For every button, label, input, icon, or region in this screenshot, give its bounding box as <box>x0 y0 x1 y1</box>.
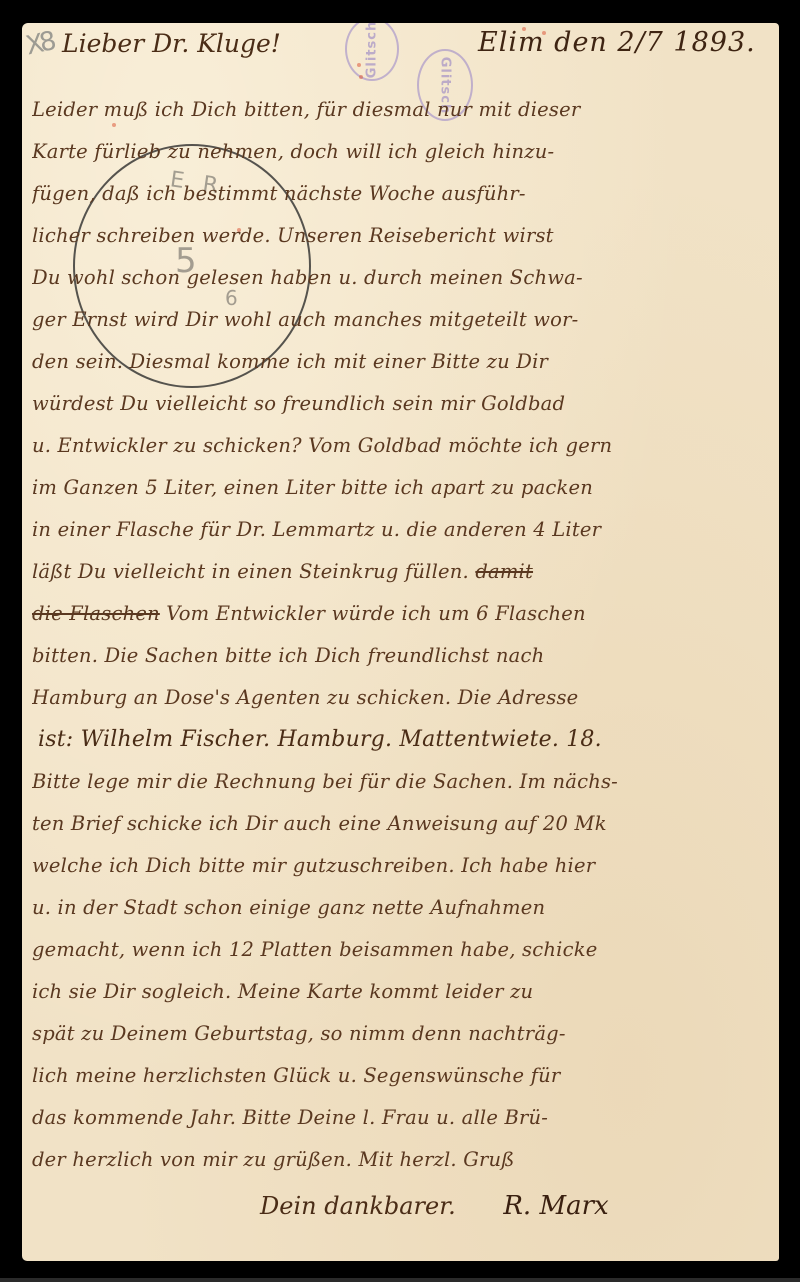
letter-line: Bitte lege mir die Rechnung bei für die … <box>32 761 772 803</box>
postcard: X8 Glitsch Glitsch E R 5 6 Lieber Dr. Kl… <box>22 23 779 1261</box>
signature-name: R. Marx <box>503 1191 608 1221</box>
letter-line: der herzlich von mir zu grüßen. Mit herz… <box>32 1139 772 1181</box>
letter-line: den sein. Diesmal komme ich mit einer Bi… <box>32 341 772 383</box>
letter-line: ger Ernst wird Dir wohl auch manches mit… <box>32 299 772 341</box>
letter-line: Du wohl schon gelesen haben u. durch mei… <box>32 257 772 299</box>
letter-line: u. Entwickler zu schicken? Vom Goldbad m… <box>32 425 772 467</box>
letter-line: ten Brief schicke ich Dir auch eine Anwe… <box>32 803 772 845</box>
purple-oval-stamp-1: Glitsch <box>345 23 399 81</box>
signature-block: Dein dankbarer. R. Marx <box>260 1191 609 1221</box>
letter-line: licher schreiben werde. Unseren Reiseber… <box>32 215 772 257</box>
letter-line: Hamburg an Dose's Agenten zu schicken. D… <box>32 677 772 719</box>
letter-line: in einer Flasche für Dr. Lemmartz u. die… <box>32 509 772 551</box>
closing: Dein dankbarer. <box>260 1192 456 1220</box>
address-line: ist: Wilhelm Fischer. Hamburg. Mattentwi… <box>32 719 772 761</box>
letter-line: Leider muß ich Dich bitten, für diesmal … <box>32 89 772 131</box>
red-ink-speck <box>357 63 361 67</box>
pencil-mark: X8 <box>23 27 55 62</box>
letter-line: würdest Du vielleicht so freundlich sein… <box>32 383 772 425</box>
struck-word: damit <box>475 560 533 583</box>
letter-line: welche ich Dich bitte mir gutzuschreiben… <box>32 845 772 887</box>
red-ink-speck <box>359 75 363 79</box>
dateline: Elim den 2/7 1893. <box>478 27 756 58</box>
letter-line-with-strike: läßt Du vielleicht in einen Steinkrug fü… <box>32 551 772 593</box>
letter-line: lich meine herzlichsten Glück u. Segensw… <box>32 1055 772 1097</box>
letter-line: ich sie Dir sogleich. Meine Karte kommt … <box>32 971 772 1013</box>
letter-line: fügen, daß ich bestimmt nächste Woche au… <box>32 173 772 215</box>
struck-phrase: die Flaschen <box>32 602 160 625</box>
letter-line: spät zu Deinem Geburtstag, so nimm denn … <box>32 1013 772 1055</box>
letter-line: u. in der Stadt schon einige ganz nette … <box>32 887 772 929</box>
stamp-1-text: Glitsch <box>365 23 380 78</box>
letter-line-with-strike: die Flaschen Vom Entwickler würde ich um… <box>32 593 772 635</box>
letter-line-text: Vom Entwickler würde ich um 6 Flaschen <box>166 602 585 625</box>
greeting: Lieber Dr. Kluge! <box>62 29 281 58</box>
letter-body: Leider muß ich Dich bitten, für diesmal … <box>32 89 772 1181</box>
letter-line-text: läßt Du vielleicht in einen Steinkrug fü… <box>32 560 469 583</box>
letter-line: gemacht, wenn ich 12 Platten beisammen h… <box>32 929 772 971</box>
letter-line: Karte fürlieb zu nehmen, doch will ich g… <box>32 131 772 173</box>
letter-line: das kommende Jahr. Bitte Deine l. Frau u… <box>32 1097 772 1139</box>
screen-bottom-edge <box>0 1278 800 1282</box>
letter-line: bitten. Die Sachen bitte ich Dich freund… <box>32 635 772 677</box>
letter-line: im Ganzen 5 Liter, einen Liter bitte ich… <box>32 467 772 509</box>
